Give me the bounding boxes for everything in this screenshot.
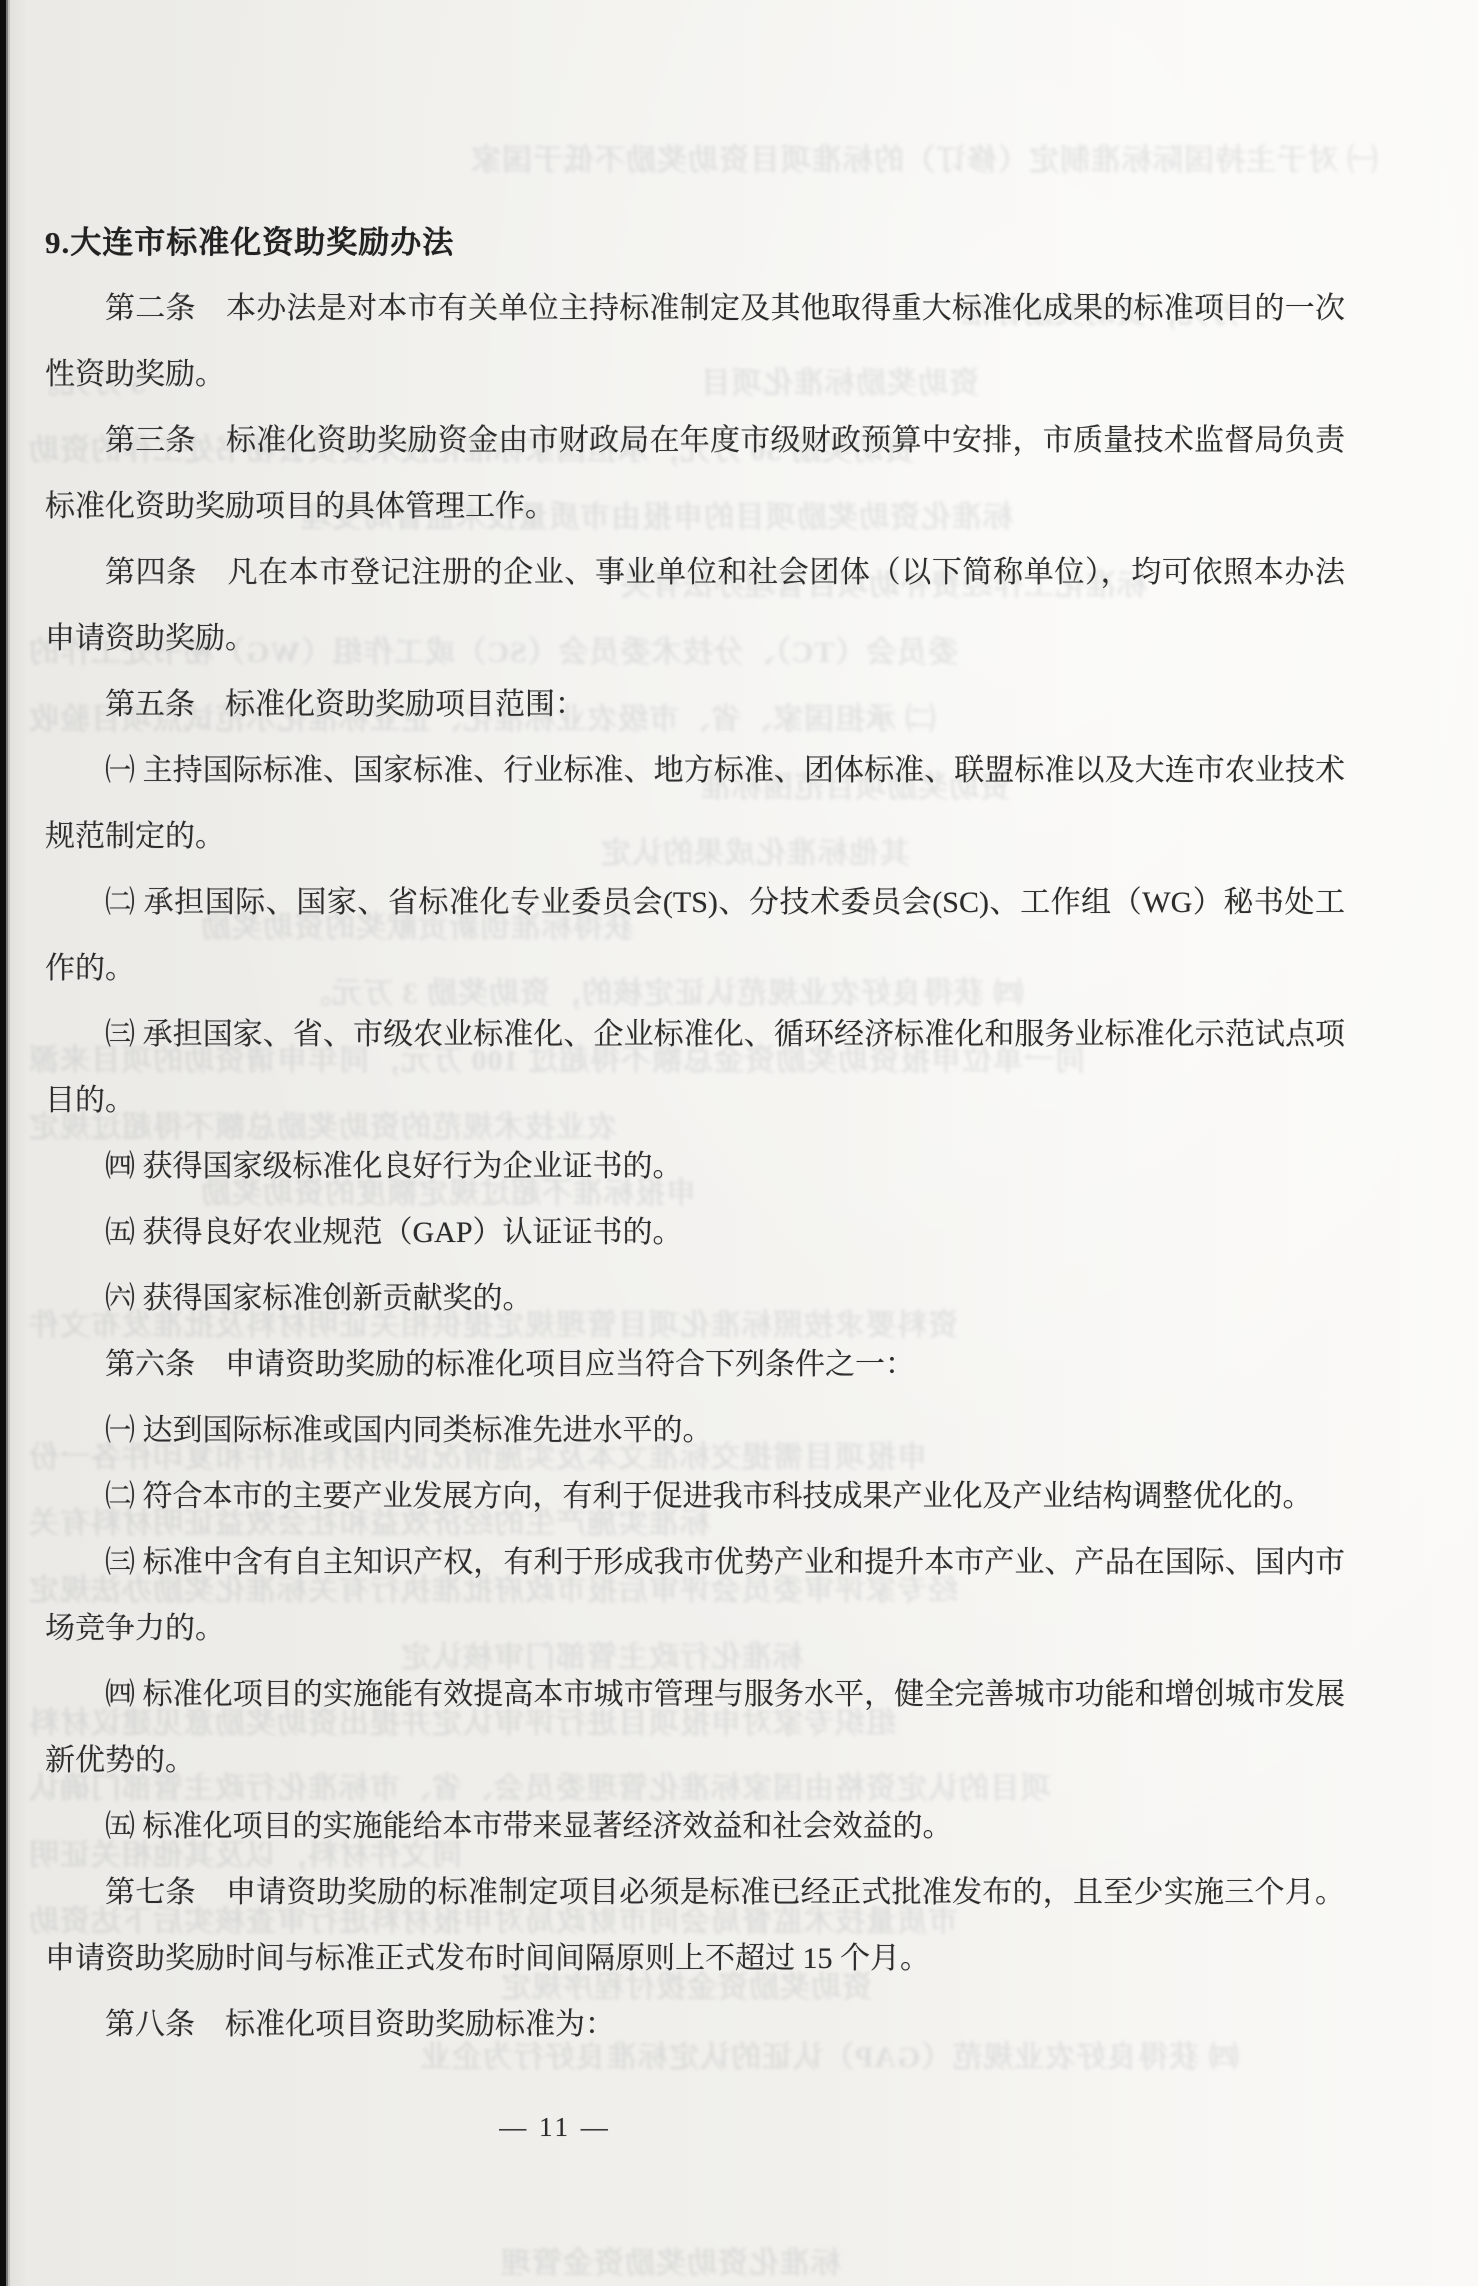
paragraph: ㈤ 标准化项目的实施能给本市带来显著经济效益和社会效益的。 — [45, 1794, 1345, 1860]
paragraph: 第二条 本办法是对本市有关单位主持标准制定及其他取得重大标准化成果的标准项目的一… — [45, 276, 1345, 408]
paragraph: ㈤ 获得良好农业规范（GAP）认证证书的。 — [45, 1200, 1345, 1266]
paragraph: 第五条 标准化资助奖励项目范围： — [45, 672, 1345, 738]
paragraph: ㈠ 达到国际标准或国内同类标准先进水平的。 — [45, 1398, 1345, 1464]
bleedthrough-text: 标准化资助奖励资金管理 — [500, 2238, 841, 2282]
paragraph: 第六条 申请资助奖励的标准化项目应当符合下列条件之一： — [45, 1332, 1345, 1398]
paragraph: ㈣ 获得国家级标准化良好行为企业证书的。 — [45, 1134, 1345, 1200]
paragraph: ㈥ 获得国家标准创新贡献奖的。 — [45, 1266, 1345, 1332]
document-title: 9.大连市标准化资助奖励办法 — [45, 210, 1345, 276]
paragraph: ㈢ 承担国家、省、市级农业标准化、企业标准化、循环经济标准化和服务业标准化示范试… — [45, 1002, 1345, 1134]
page-number: — 11 — — [45, 2094, 1065, 2160]
paragraph: 第三条 标准化资助奖励资金由市财政局在年度市级财政预算中安排，市质量技术监督局负… — [45, 408, 1345, 540]
paragraph: 第七条 申请资助奖励的标准制定项目必须是标准已经正式批准发布的，且至少实施三个月… — [45, 1860, 1345, 1992]
paragraph: ㈡ 符合本市的主要产业发展方向，有利于促进我市科技成果产业化及产业结构调整优化的… — [45, 1464, 1345, 1530]
paragraph: 第四条 凡在本市登记注册的企业、事业单位和社会团体（以下简称单位），均可依照本办… — [45, 540, 1345, 672]
scan-edge — [0, 0, 10, 2286]
bleedthrough-text: ㈠ 对于主持国际标准制定（修订）的标准项目资助奖励不低于国家 — [470, 135, 1378, 179]
document-body: 9.大连市标准化资助奖励办法 第二条 本办法是对本市有关单位主持标准制定及其他取… — [45, 210, 1345, 2058]
paragraph: ㈣ 标准化项目的实施能有效提高本市城市管理与服务水平，健全完善城市功能和增创城市… — [45, 1662, 1345, 1794]
paragraph: ㈡ 承担国际、国家、省标准化专业委员会(TS)、分技术委员会(SC)、工作组（W… — [45, 870, 1345, 1002]
paragraph: ㈢ 标准中含有自主知识产权，有利于形成我市优势产业和提升本市产业、产品在国际、国… — [45, 1530, 1345, 1662]
paragraph: 第八条 标准化项目资助奖励标准为： — [45, 1992, 1345, 2058]
paragraph-list: 第二条 本办法是对本市有关单位主持标准制定及其他取得重大标准化成果的标准项目的一… — [45, 276, 1345, 2058]
scanned-page: ㈠ 对于主持国际标准制定（修订）的标准项目资助奖励不低于国家万元，资助奖励标准5… — [0, 0, 1478, 2286]
paragraph: ㈠ 主持国际标准、国家标准、行业标准、地方标准、团体标准、联盟标准以及大连市农业… — [45, 738, 1345, 870]
